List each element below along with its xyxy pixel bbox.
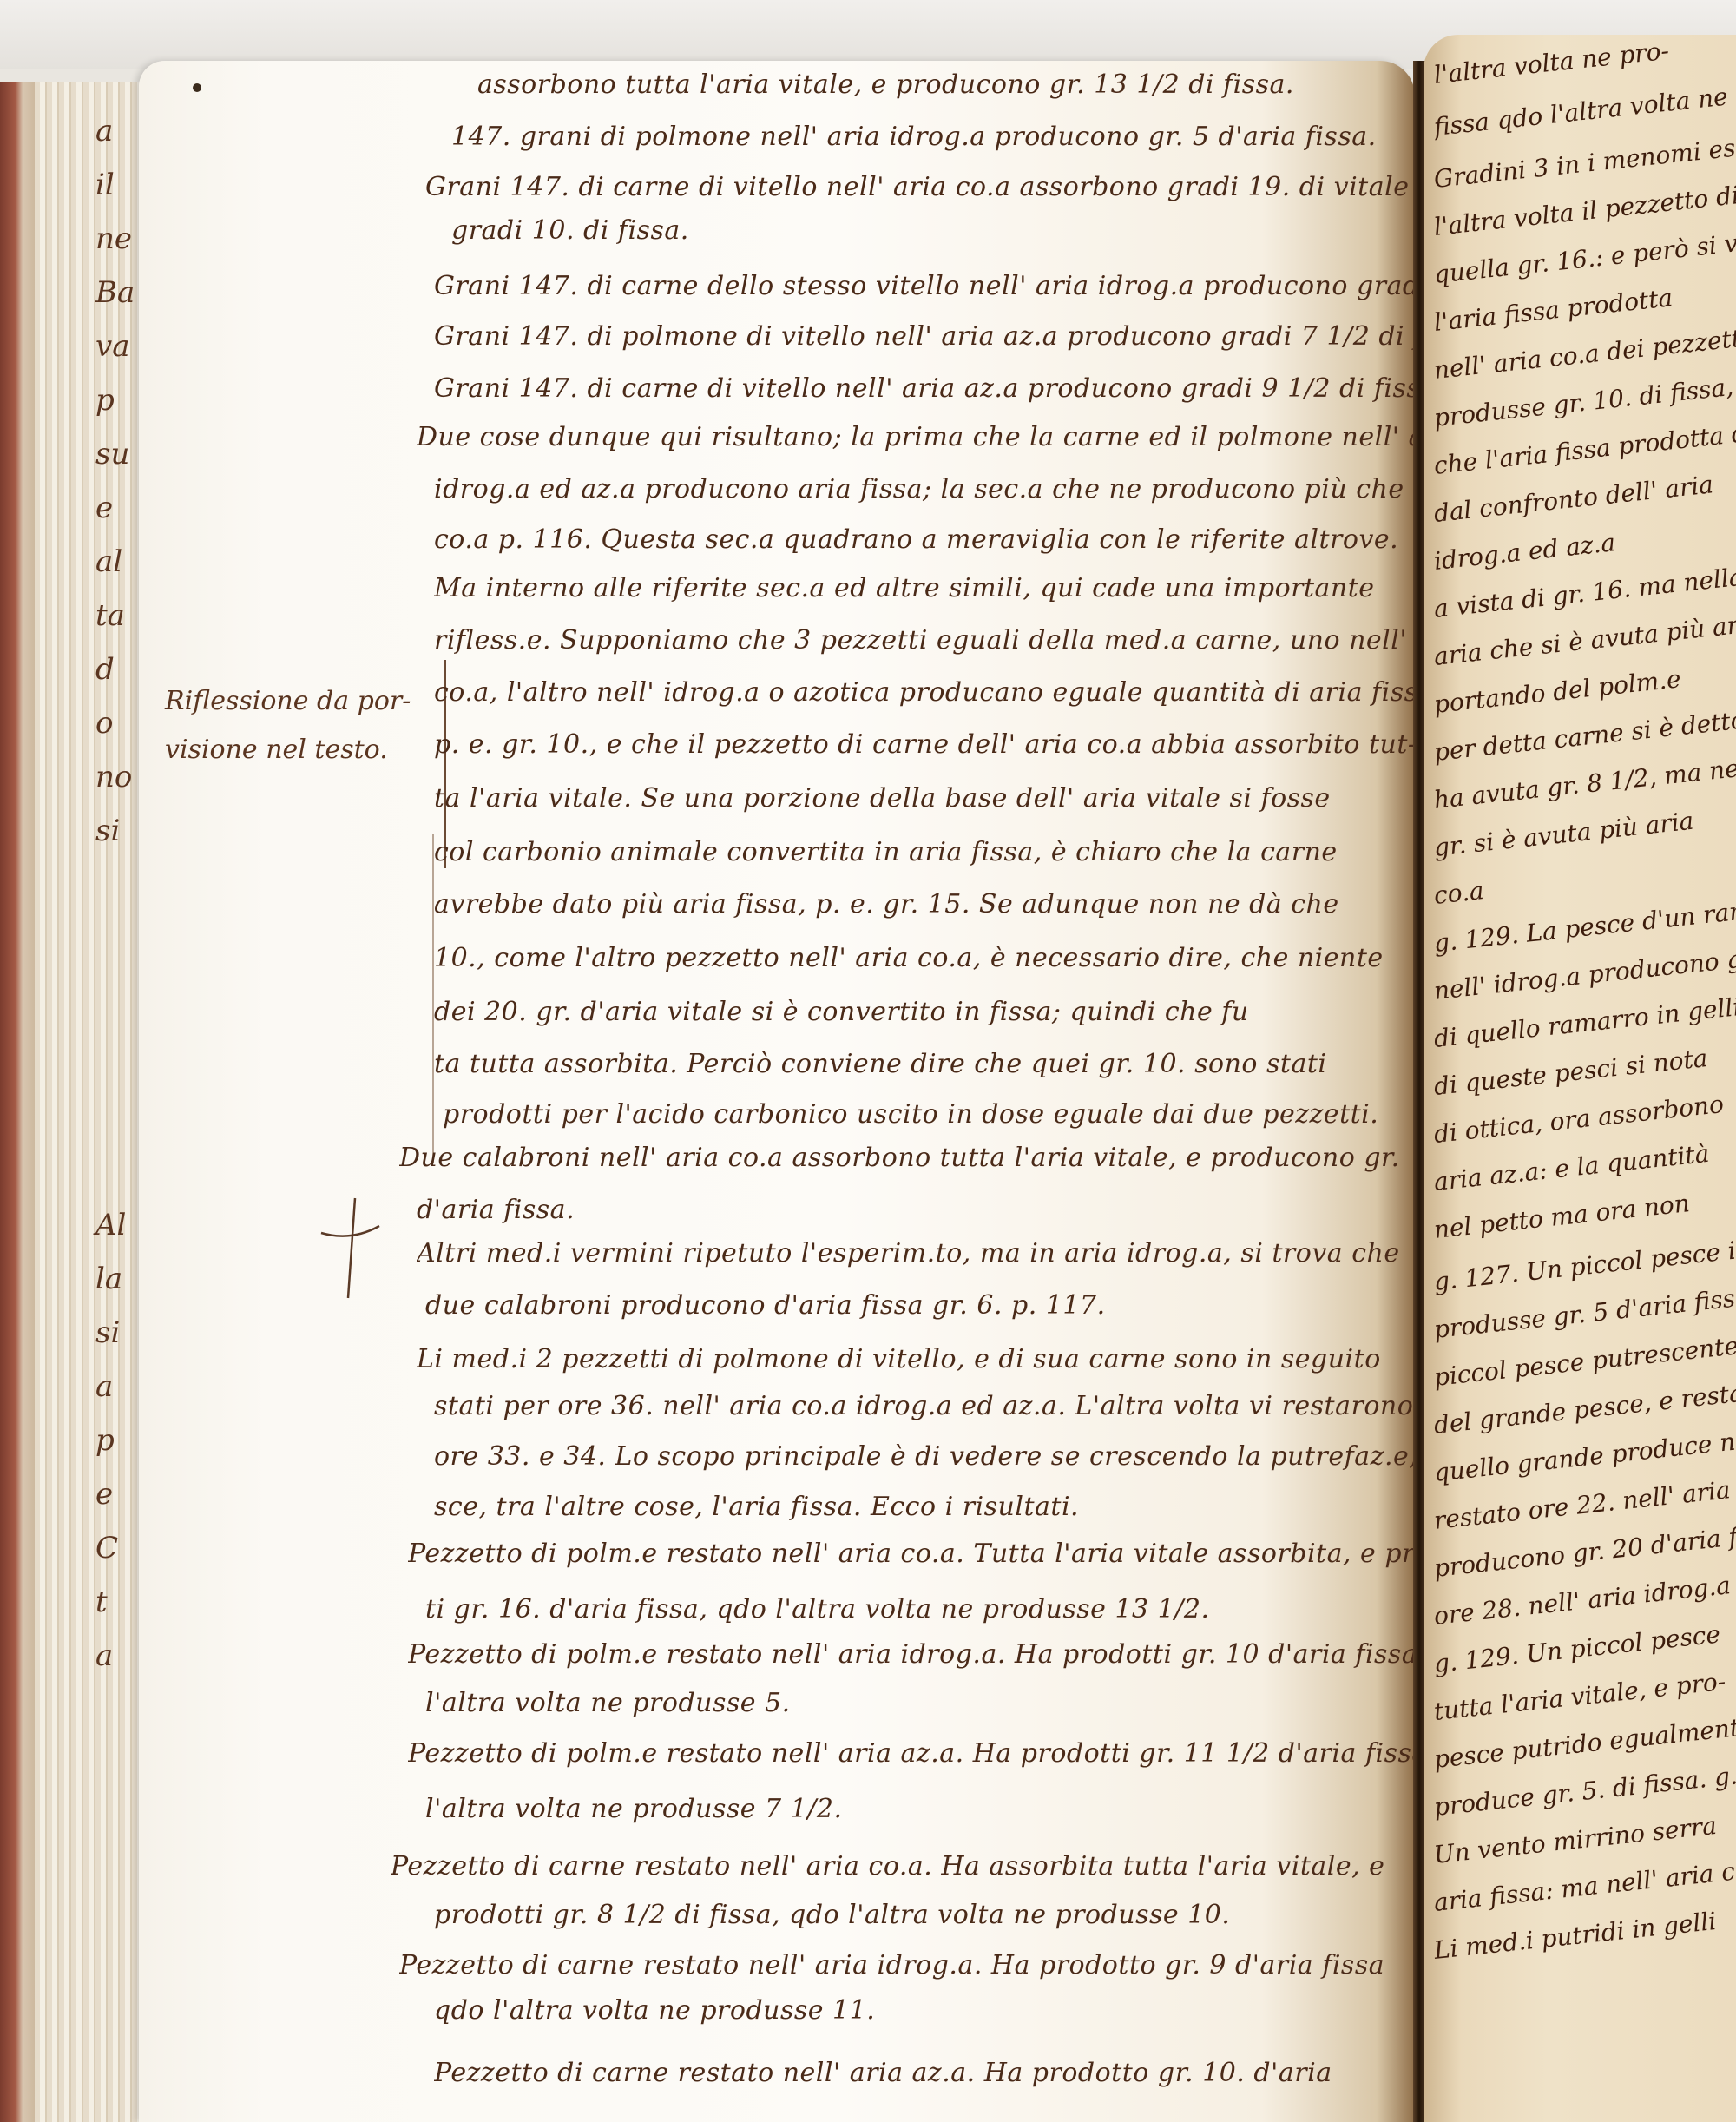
text-line: avrebbe dato più aria fissa, p. e. gr. 1… <box>434 889 1339 919</box>
text-line: producono gr. 20 d'aria fissa. 25. <box>1432 1521 1736 1582</box>
text-line: di queste pesci si nota <box>1432 1039 1736 1100</box>
text-line: nel petto ma ora non <box>1432 1183 1736 1243</box>
text-line: Pezzetto di polm.e restato nell' aria co… <box>408 1539 1484 1569</box>
text-line: produsse gr. 5 d'aria fissa. <box>1432 1282 1736 1343</box>
text-line: l'altra volta ne produsse 7 1/2. <box>425 1794 843 1824</box>
text-line: dal confronto dell' aria <box>1432 466 1736 527</box>
text-line: stati per ore 36. nell' aria co.a idrog.… <box>434 1391 1413 1421</box>
text-line: co.a <box>1432 848 1736 909</box>
cross-mark-icon <box>317 1190 386 1302</box>
text-line: ore 33. e 34. Lo scopo principale è di v… <box>434 1441 1479 1472</box>
text-line: col carbonio animale convertita in aria … <box>434 837 1338 867</box>
edge-letters-upper: a il ne Ba va p su e al ta d o no si <box>95 104 130 858</box>
text-line: prodotti per l'acido carbonico uscito in… <box>443 1099 1378 1130</box>
text-line: Due cose dunque qui risultano; la prima … <box>417 422 1462 452</box>
text-line: quella gr. 16.: e però si vede quan- <box>1432 227 1736 288</box>
text-line: Un vento mirrino serra <box>1432 1808 1736 1868</box>
text-line: l'altra volta ne produsse 5. <box>425 1688 791 1718</box>
text-line: Pezzetto di carne restato nell' aria co.… <box>391 1851 1384 1881</box>
text-line: prodotti gr. 8 1/2 di fissa, qdo l'altra… <box>434 1900 1230 1930</box>
margin-note-line: Riflessione da por- <box>165 677 451 726</box>
text-line: ta tutta assorbita. Perciò conviene dire… <box>434 1049 1326 1079</box>
page-stack-edges <box>35 82 149 2122</box>
text-line: ha avuta gr. 8 1/2, ma nell' idrog. <box>1432 753 1736 814</box>
text-line: Pezzetto di polm.e restato nell' aria az… <box>408 1738 1428 1769</box>
text-line: assorbono tutta l'aria vitale, e produco… <box>477 69 1294 100</box>
text-line: rifless.e. Supponiamo che 3 pezzetti egu… <box>434 625 1470 656</box>
text-line: Altri med.i vermini ripetuto l'esperim.t… <box>417 1238 1400 1269</box>
text-line: gr. si è avuta più aria <box>1432 801 1736 861</box>
text-line: l'altra volta il pezzetto di <box>1432 180 1736 241</box>
text-line: Grani 147. di carne di vitello nell' ari… <box>434 373 1445 404</box>
text-line: 10., come l'altro pezzetto nell' aria co… <box>434 943 1384 973</box>
ink-dot <box>193 83 201 92</box>
margin-note: Riflessione da por- visione nel testo. <box>165 677 451 774</box>
text-line: nell' aria co.a dei pezzetti di <box>1432 323 1736 384</box>
text-line: quello grande produce nell' aria <box>1432 1426 1736 1486</box>
text-line: ta l'aria vitale. Se una porzione della … <box>434 783 1331 814</box>
text-line: d'aria fissa. <box>417 1195 575 1225</box>
edge-letters-lower: Al la si a p e C t a <box>95 1198 130 1683</box>
text-line: del grande pesce, e restato <box>1432 1378 1736 1439</box>
margin-note-line: visione nel testo. <box>165 726 451 774</box>
text-line: Pezzetto di polm.e restato nell' aria id… <box>408 1639 1426 1670</box>
text-line: Gradini 3 in i menomi esperim. Quan- <box>1432 132 1736 193</box>
book-cover-edge <box>0 82 38 2122</box>
text-line: di ottica, ora assorbono <box>1432 1087 1736 1148</box>
text-line: aria che si è avuta più aria <box>1432 610 1736 670</box>
text-line: gradi 10. di fissa. <box>451 215 689 246</box>
text-line: Grani 147. di polmone di vitello nell' a… <box>434 321 1484 352</box>
text-line: g. 127. Un piccol pesce in <box>1432 1235 1736 1295</box>
text-line: p. e. gr. 10., e che il pezzetto di carn… <box>434 729 1417 760</box>
text-line: l'aria fissa prodotta <box>1432 275 1736 336</box>
text-line: qdo l'altra volta ne produsse 11. <box>434 1995 875 2026</box>
text-line: Li med.i 2 pezzetti di polmone di vitell… <box>417 1344 1381 1374</box>
text-line: fissa qdo l'altra volta ne pro- <box>1432 80 1736 141</box>
text-line: portando del polm.e <box>1432 657 1736 718</box>
text-line: sce, tra l'altre cose, l'aria fissa. Ecc… <box>434 1492 1079 1522</box>
text-line: co.a p. 116. Questa sec.a quadrano a mer… <box>434 524 1398 555</box>
text-line: aria az.a: e la quantità <box>1432 1135 1736 1196</box>
text-line: Pezzetto di carne restato nell' aria idr… <box>399 1950 1384 1980</box>
text-line: aria fissa: ma nell' aria co. <box>1432 1855 1736 1916</box>
text-line: idrog.a ed az.a producono aria fissa; la… <box>434 474 1533 504</box>
text-line: per detta carne si è detto che <box>1432 705 1736 766</box>
text-line: tutta l'aria vitale, e pro- <box>1432 1664 1736 1725</box>
text-line: produsse gr. 10. di fissa, e quella <box>1432 371 1736 432</box>
text-line: l'altra volta ne pro- <box>1432 35 1736 89</box>
text-line: restato ore 22. nell' aria <box>1432 1473 1736 1534</box>
right-page: l'altra volta ne pro- fissa qdo l'altra … <box>1424 35 1736 2122</box>
text-line: 147. grani di polmone nell' aria idrog.a… <box>451 122 1377 152</box>
text-line: co.a, l'altro nell' idrog.a o azotica pr… <box>434 677 1434 708</box>
text-line: Ma interno alle riferite sec.a ed altre … <box>434 573 1375 603</box>
text-line: Li med.i putridi in gelli <box>1432 1903 1736 1964</box>
text-line: g. 129. La pesce d'un ramarro <box>1432 896 1736 957</box>
text-line: g. 129. Un piccol pesce <box>1432 1617 1736 1677</box>
text-line: Pezzetto di carne restato nell' aria az.… <box>434 2058 1332 2088</box>
text-line: ti gr. 16. d'aria fissa, qdo l'altra vol… <box>425 1594 1209 1624</box>
text-line: ore 28. nell' aria idrog.a produce <box>1432 1569 1736 1630</box>
text-line: due calabroni producono d'aria fissa gr.… <box>425 1290 1106 1321</box>
text-line: produce gr. 5. di fissa. g. 129. <box>1432 1760 1736 1821</box>
text-line: idrog.a ed az.a <box>1432 514 1736 575</box>
text-line: che l'aria fissa prodotta di <box>1432 418 1736 479</box>
text-line: pesce putrido egualmente <box>1432 1712 1736 1773</box>
text-line: Due calabroni nell' aria co.a assorbono … <box>399 1143 1400 1173</box>
text-line: dei 20. gr. d'aria vitale si è convertit… <box>434 997 1249 1027</box>
text-line: piccol pesce putrescente nell' aria idr <box>1432 1330 1736 1391</box>
text-line: nell' idrog.a producono gr. 9 d'aria <box>1432 944 1736 1005</box>
text-line: di quello ramarro in gelli. <box>1432 992 1736 1052</box>
text-line: a vista di gr. 16. ma nella <box>1432 562 1736 623</box>
